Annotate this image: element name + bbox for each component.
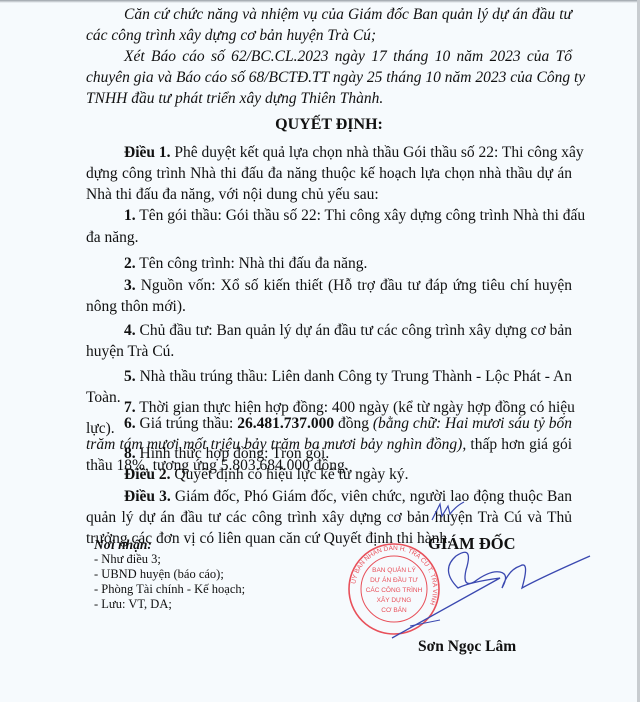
recipient-item: - Lưu: VT, DA; [94,597,245,612]
decision-title: QUYẾT ĐỊNH: [86,116,572,134]
article-3-line: Điều 3. Giám đốc, Phó Giám đốc, viên chứ… [124,486,572,507]
item-3: 3. Nguồn vốn: Xổ số kiến thiết (Hỗ trợ đ… [124,275,572,296]
scan-top-edge [0,0,640,3]
item-1: 1. Tên gói thầu: Gói thầu số 22: Thi côn… [124,205,572,226]
recipients-block: Nơi nhận: - Như điều 3; - UBND huyện (bá… [94,537,245,612]
recipient-item: - Phòng Tài chính - Kế hoạch; [94,582,245,597]
recipients-header: Nơi nhận: [94,537,245,552]
preamble-line: Căn cứ chức năng và nhiệm vụ của Giám đố… [124,4,572,25]
item-7: 7. Thời gian thực hiện hợp đồng: 400 ngà… [124,397,572,418]
recipient-item: - Như điều 3; [94,552,245,567]
article-1-line: dựng công trình Nhà thi đấu đa năng thuộ… [86,163,572,184]
item-3-cont: nông thôn mới). [86,296,572,317]
initials-mark-icon [430,500,466,522]
item-4-cont: huyện Trà Cú. [86,341,572,362]
item-5: 5. Nhà thầu trúng thầu: Liên danh Công t… [124,366,572,387]
article-1-line: Điều 1. Phê duyệt kết quả lựa chọn nhà t… [124,142,572,163]
item-4: 4. Chủ đầu tư: Ban quản lý dự án đầu tư … [124,320,572,341]
article-1-line: Nhà thi đấu đa năng, với nội dung chủ yế… [86,184,572,205]
item-7-cont: lực). [86,418,572,439]
item-8: 8. Hình thức hợp đồng: Trọn gói. [124,443,572,464]
item-2: 2. Tên công trình: Nhà thi đấu đa năng. [124,253,572,274]
preamble-line: chuyên gia và Báo cáo số 68/BCTĐ.TT ngày… [86,67,572,88]
recipient-item: - UBND huyện (báo cáo); [94,567,245,582]
article-3-line: quản lý dự án đầu tư các công trình xây … [86,507,572,528]
article-2: Điều 2. Quyết định có hiệu lực kể từ ngà… [124,464,572,485]
preamble-line: TNHH đầu tư phát triển xây dựng Thiên Th… [86,88,572,109]
article-1-label: Điều 1. [124,144,171,161]
signatory-name: Sơn Ngọc Lâm [418,638,516,656]
item-1-cont: đa năng. [86,227,572,248]
preamble-line: Xét Báo cáo số 62/BC.CL.2023 ngày 17 thá… [124,46,572,67]
preamble-line: các công trình xây dựng cơ bản huyện Trà… [86,25,572,46]
signature-icon [370,530,610,650]
